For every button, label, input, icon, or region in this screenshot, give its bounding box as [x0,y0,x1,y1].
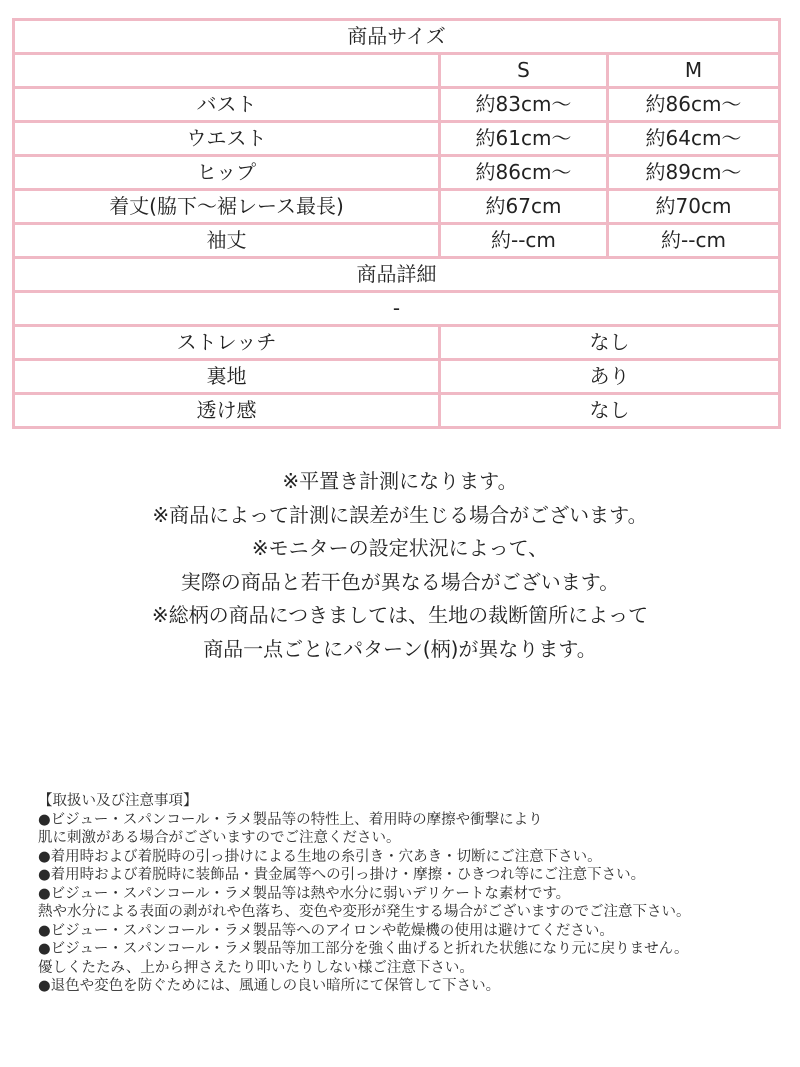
size-row-hip: ヒップ 約86cm～ 約89cm～ [14,156,780,190]
detail-table-title: 商品詳細 [14,258,780,292]
size-row-s-value: 約86cm～ [439,156,607,190]
detail-row-label: ストレッチ [14,326,440,360]
care-line: ●ビジュー・スパンコール・ラメ製品等の特性上、着用時の摩擦や衝撃により [38,811,691,830]
care-line: 優しくたたみ、上から押さえたり叩いたりしない様ご注意下さい。 [38,959,691,978]
detail-row-label: 裏地 [14,360,440,394]
care-line: ●退色や変色を防ぐためには、風通しの良い暗所にて保管して下さい。 [38,977,691,996]
care-line: ●ビジュー・スパンコール・ラメ製品等加工部分を強く曲げると折れた状態になり元に戻… [38,940,691,959]
size-title-row: 商品サイズ [14,20,780,54]
care-line: 肌に刺激がある場合がございますのでご注意ください。 [38,829,691,848]
size-row-label: ウエスト [14,122,440,156]
header-size-m: M [607,54,779,88]
detail-description: - [14,292,780,326]
size-row-m-value: 約86cm～ [607,88,779,122]
note-line: 実際の商品と若干色が異なる場合がございます。 [0,566,800,600]
size-row-m-value: 約64cm～ [607,122,779,156]
size-row-m-value: 約70cm [607,190,779,224]
note-line: ※総柄の商品につきましては、生地の裁断箇所によって [0,599,800,633]
measurement-notes: ※平置き計測になります。 ※商品によって計測に誤差が生じる場合がございます。 ※… [0,465,800,666]
care-line: ●ビジュー・スパンコール・ラメ製品等へのアイロンや乾燥機の使用は避けてください。 [38,922,691,941]
care-instructions: 【取扱い及び注意事項】 ●ビジュー・スパンコール・ラメ製品等の特性上、着用時の摩… [38,792,691,996]
size-header-row: S M [14,54,780,88]
care-line: ●着用時および着脱時に装飾品・貴金属等への引っ掛け・摩擦・ひきつれ等にご注意下さ… [38,866,691,885]
note-line: ※平置き計測になります。 [0,465,800,499]
spec-table: 商品サイズ S M バスト 約83cm～ 約86cm～ ウエスト 約61cm～ … [12,18,781,429]
note-line: ※商品によって計測に誤差が生じる場合がございます。 [0,499,800,533]
size-row-length: 着丈(脇下～裾レース最長) 約67cm 約70cm [14,190,780,224]
detail-title-row: 商品詳細 [14,258,780,292]
detail-row-stretch: ストレッチ なし [14,326,780,360]
size-row-label: ヒップ [14,156,440,190]
size-row-s-value: 約67cm [439,190,607,224]
size-row-bust: バスト 約83cm～ 約86cm～ [14,88,780,122]
care-heading: 【取扱い及び注意事項】 [38,792,691,811]
size-row-s-value: 約--cm [439,224,607,258]
size-row-s-value: 約83cm～ [439,88,607,122]
size-row-waist: ウエスト 約61cm～ 約64cm～ [14,122,780,156]
detail-row-lining: 裏地 あり [14,360,780,394]
size-row-m-value: 約--cm [607,224,779,258]
size-row-label: 袖丈 [14,224,440,258]
size-row-label: 着丈(脇下～裾レース最長) [14,190,440,224]
header-size-s: S [439,54,607,88]
detail-row-value: あり [439,360,779,394]
header-empty [14,54,440,88]
detail-row-label: 透け感 [14,394,440,428]
note-line: ※モニターの設定状況によって、 [0,532,800,566]
detail-row-value: なし [439,326,779,360]
care-line: ●着用時および着脱時の引っ掛けによる生地の糸引き・穴あき・切断にご注意下さい。 [38,848,691,867]
size-row-sleeve: 袖丈 約--cm 約--cm [14,224,780,258]
size-row-s-value: 約61cm～ [439,122,607,156]
detail-row-sheerness: 透け感 なし [14,394,780,428]
size-row-label: バスト [14,88,440,122]
detail-description-row: - [14,292,780,326]
detail-row-value: なし [439,394,779,428]
size-table-title: 商品サイズ [14,20,780,54]
note-line: 商品一点ごとにパターン(柄)が異なります。 [0,633,800,667]
care-line: ●ビジュー・スパンコール・ラメ製品等は熱や水分に弱いデリケートな素材です。 [38,885,691,904]
care-line: 熱や水分による表面の剥がれや色落ち、変色や変形が発生する場合がございますのでご注… [38,903,691,922]
size-row-m-value: 約89cm～ [607,156,779,190]
